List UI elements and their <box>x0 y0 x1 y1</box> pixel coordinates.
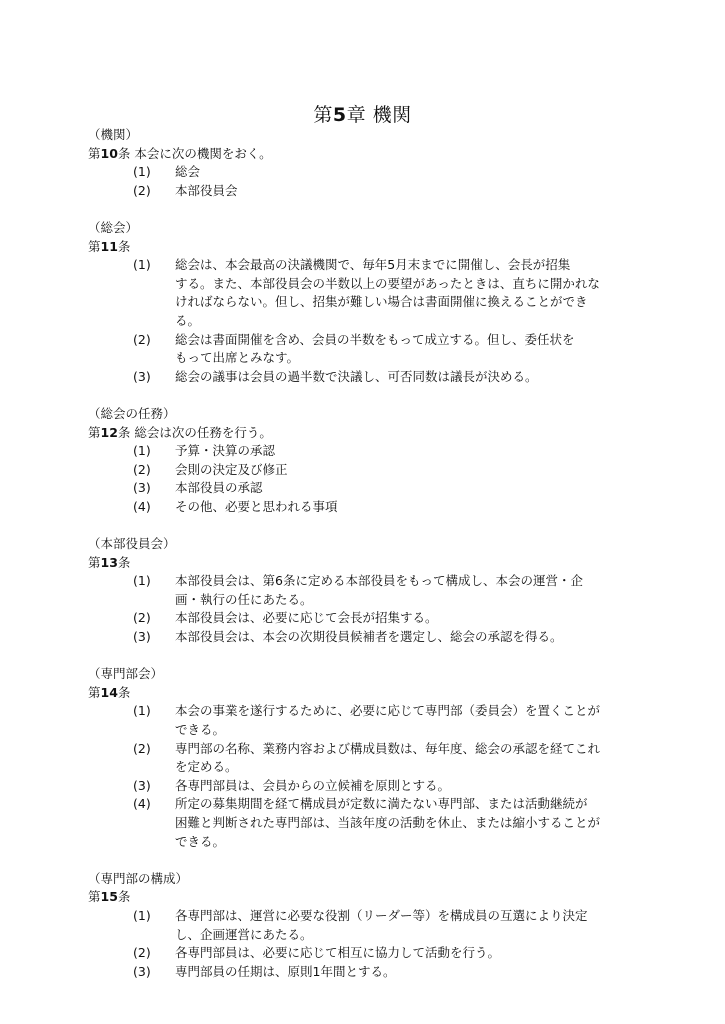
clause-number: (1) <box>88 256 175 330</box>
clause-item: (2)本部役員会 <box>88 182 628 201</box>
clause-text: 本部役員の承認 <box>175 479 628 498</box>
clause-text: 各専門部は、運営に必要な役割（リーダー等）を構成員の互選により決定 し、企画運営… <box>175 907 628 944</box>
clause-text: 本部役員会は、第6条に定める本部役員をもって構成し、本会の運営・企 画・執行の任… <box>175 572 628 609</box>
clause-item: (3)本部役員の承認 <box>88 479 628 498</box>
clause-number: (2) <box>88 331 175 368</box>
article-number: 第14条 <box>88 685 130 700</box>
clause-number: (3) <box>88 777 175 796</box>
clause-list: (1)総会(2)本部役員会 <box>88 163 628 200</box>
clause-item: (1)総会は、本会最高の決議機関で、毎年5月末までに開催し、会長が招集 する。ま… <box>88 256 628 330</box>
article-line: 第11条 <box>88 238 628 257</box>
article-line: 第12条 総会は次の任務を行う。 <box>88 424 628 443</box>
clause-list: (1)予算・決算の承認(2)会則の決定及び修正(3)本部役員の承認(4)その他、… <box>88 442 628 516</box>
clause-text: 本部役員会 <box>175 182 628 201</box>
article-line: 第15条 <box>88 888 628 907</box>
clause-text: 総会は書面開催を含め、会員の半数をもって成立する。但し、委任状を もって出席とみ… <box>175 331 628 368</box>
document-page: 第5章 機関 （機関）第10条 本会に次の機関をおく。(1)総会(2)本部役員会… <box>0 0 725 1024</box>
clause-number: (4) <box>88 498 175 517</box>
clause-number: (2) <box>88 740 175 777</box>
clause-item: (1)予算・決算の承認 <box>88 442 628 461</box>
clause-item: (3)専門部員の任期は、原則1年間とする。 <box>88 963 628 982</box>
article-heading: （専門部会） <box>88 665 628 684</box>
article-number: 第13条 <box>88 555 130 570</box>
clause-text: その他、必要と思われる事項 <box>175 498 628 517</box>
clause-item: (2)総会は書面開催を含め、会員の半数をもって成立する。但し、委任状を もって出… <box>88 331 628 368</box>
clause-text: 各専門部員は、必要に応じて相互に協力して活動を行う。 <box>175 944 628 963</box>
clause-number: (4) <box>88 795 175 851</box>
clause-item: (1)各専門部は、運営に必要な役割（リーダー等）を構成員の互選により決定 し、企… <box>88 907 628 944</box>
chapter-title: 第5章 機関 <box>0 100 725 127</box>
clause-item: (3)各専門部員は、会員からの立候補を原則とする。 <box>88 777 628 796</box>
article-section: （専門部の構成）第15条(1)各専門部は、運営に必要な役割（リーダー等）を構成員… <box>88 870 628 982</box>
clause-number: (2) <box>88 609 175 628</box>
article-section: （機関）第10条 本会に次の機関をおく。(1)総会(2)本部役員会 <box>88 126 628 200</box>
clause-item: (2)専門部の名称、業務内容および構成員数は、毎年度、総会の承認を経てこれ を定… <box>88 740 628 777</box>
article-section: （専門部会）第14条(1)本会の事業を遂行するために、必要に応じて専門部（委員会… <box>88 665 628 851</box>
clause-item: (4)その他、必要と思われる事項 <box>88 498 628 517</box>
article-line: 第10条 本会に次の機関をおく。 <box>88 145 628 164</box>
clause-text: 会則の決定及び修正 <box>175 461 628 480</box>
clause-item: (2)各専門部員は、必要に応じて相互に協力して活動を行う。 <box>88 944 628 963</box>
article-section: （総会の任務）第12条 総会は次の任務を行う。(1)予算・決算の承認(2)会則の… <box>88 405 628 517</box>
article-heading: （総会の任務） <box>88 405 628 424</box>
clause-item: (1)本部役員会は、第6条に定める本部役員をもって構成し、本会の運営・企 画・執… <box>88 572 628 609</box>
clause-number: (1) <box>88 442 175 461</box>
clause-item: (1)本会の事業を遂行するために、必要に応じて専門部（委員会）を置くことが でき… <box>88 702 628 739</box>
clause-number: (3) <box>88 479 175 498</box>
clause-list: (1)本会の事業を遂行するために、必要に応じて専門部（委員会）を置くことが でき… <box>88 702 628 851</box>
clause-number: (1) <box>88 163 175 182</box>
clause-text: 本部役員会は、本会の次期役員候補者を選定し、総会の承認を得る。 <box>175 628 628 647</box>
clause-text: 専門部の名称、業務内容および構成員数は、毎年度、総会の承認を経てこれ を定める。 <box>175 740 628 777</box>
clause-text: 所定の募集期間を経て構成員が定数に満たない専門部、または活動継続が 困難と判断さ… <box>175 795 628 851</box>
clause-text: 各専門部員は、会員からの立候補を原則とする。 <box>175 777 628 796</box>
clause-number: (1) <box>88 907 175 944</box>
document-body: （機関）第10条 本会に次の機関をおく。(1)総会(2)本部役員会（総会）第11… <box>88 126 628 1000</box>
article-heading: （総会） <box>88 219 628 238</box>
clause-text: 総会は、本会最高の決議機関で、毎年5月末までに開催し、会長が招集 する。また、本… <box>175 256 628 330</box>
clause-list: (1)各専門部は、運営に必要な役割（リーダー等）を構成員の互選により決定 し、企… <box>88 907 628 981</box>
article-line: 第14条 <box>88 684 628 703</box>
clause-number: (2) <box>88 461 175 480</box>
article-number: 第10条 <box>88 146 130 161</box>
article-number: 第12条 <box>88 425 130 440</box>
clause-number: (2) <box>88 944 175 963</box>
article-text: 総会は次の任務を行う。 <box>130 425 271 440</box>
clause-text: 本会の事業を遂行するために、必要に応じて専門部（委員会）を置くことが できる。 <box>175 702 628 739</box>
article-line: 第13条 <box>88 554 628 573</box>
article-section: （総会）第11条(1)総会は、本会最高の決議機関で、毎年5月末までに開催し、会長… <box>88 219 628 386</box>
clause-number: (1) <box>88 702 175 739</box>
article-number: 第11条 <box>88 239 130 254</box>
clause-item: (4)所定の募集期間を経て構成員が定数に満たない専門部、または活動継続が 困難と… <box>88 795 628 851</box>
article-heading: （専門部の構成） <box>88 870 628 889</box>
article-text: 本会に次の機関をおく。 <box>130 146 271 161</box>
clause-item: (2)本部役員会は、必要に応じて会長が招集する。 <box>88 609 628 628</box>
clause-text: 総会の議事は会員の過半数で決議し、可否同数は議長が決める。 <box>175 368 628 387</box>
clause-text: 専門部員の任期は、原則1年間とする。 <box>175 963 628 982</box>
clause-number: (3) <box>88 963 175 982</box>
clause-number: (2) <box>88 182 175 201</box>
clause-text: 本部役員会は、必要に応じて会長が招集する。 <box>175 609 628 628</box>
clause-item: (2)会則の決定及び修正 <box>88 461 628 480</box>
clause-item: (3)総会の議事は会員の過半数で決議し、可否同数は議長が決める。 <box>88 368 628 387</box>
article-number: 第15条 <box>88 889 130 904</box>
article-section: （本部役員会）第13条(1)本部役員会は、第6条に定める本部役員をもって構成し、… <box>88 535 628 647</box>
article-heading: （本部役員会） <box>88 535 628 554</box>
clause-text: 予算・決算の承認 <box>175 442 628 461</box>
clause-number: (3) <box>88 368 175 387</box>
clause-list: (1)総会は、本会最高の決議機関で、毎年5月末までに開催し、会長が招集 する。ま… <box>88 256 628 386</box>
clause-number: (3) <box>88 628 175 647</box>
clause-text: 総会 <box>175 163 628 182</box>
article-heading: （機関） <box>88 126 628 145</box>
clause-item: (1)総会 <box>88 163 628 182</box>
clause-item: (3)本部役員会は、本会の次期役員候補者を選定し、総会の承認を得る。 <box>88 628 628 647</box>
clause-list: (1)本部役員会は、第6条に定める本部役員をもって構成し、本会の運営・企 画・執… <box>88 572 628 646</box>
clause-number: (1) <box>88 572 175 609</box>
